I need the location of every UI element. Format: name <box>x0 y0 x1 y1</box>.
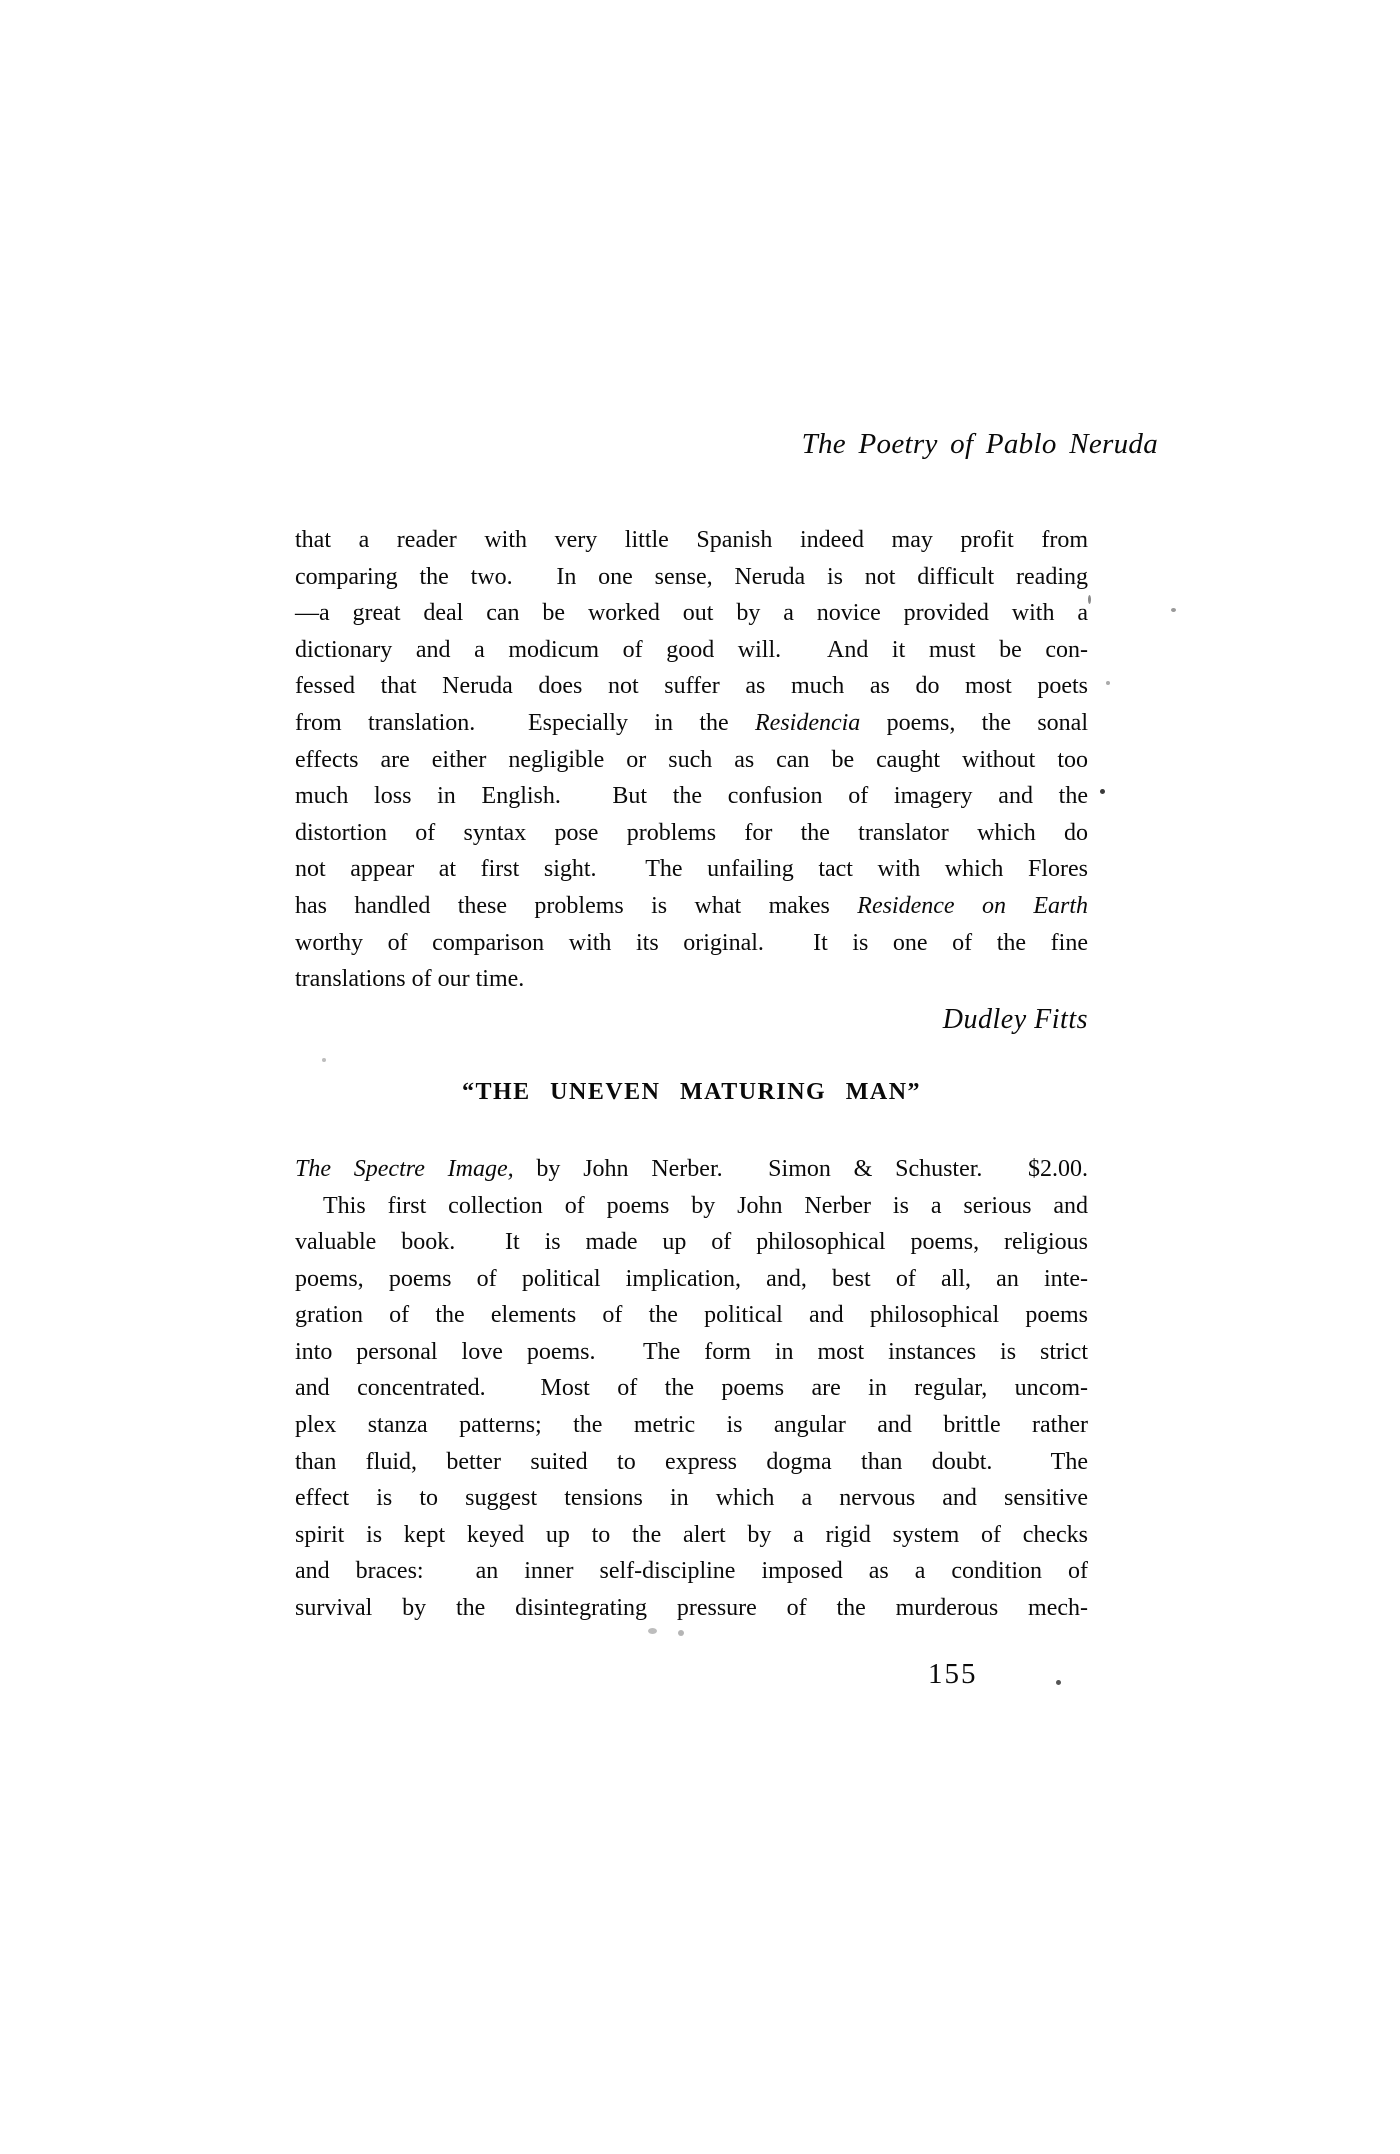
reviewer-byline: Dudley Fitts <box>295 1002 1088 1039</box>
text-line: comparing the two. In one sense, Neruda … <box>295 559 1088 596</box>
scan-speck <box>678 1630 684 1636</box>
scan-speck <box>1088 595 1091 604</box>
text-line: and braces: an inner self-discipline imp… <box>295 1553 1088 1590</box>
text-line: dictionary and a modicum of good will. A… <box>295 632 1088 669</box>
text-line: not appear at first sight. The unfailing… <box>295 851 1088 888</box>
text-line: valuable book. It is made up of philosop… <box>295 1224 1088 1261</box>
text-line: translations of our time. <box>295 961 1088 998</box>
scan-speck <box>322 1058 326 1062</box>
text-segment: distortion of syntax pose problems for t… <box>295 820 1088 846</box>
text-line: —a great deal can be worked out by a nov… <box>295 595 1088 632</box>
text-segment: dictionary and a modicum of good will. A… <box>295 637 1088 663</box>
text-segment: poems, the sonal <box>860 710 1088 736</box>
review-conclusion-paragraph: that a reader with very little Spanish i… <box>295 522 1088 998</box>
text-segment: than fluid, better suited to express dog… <box>295 1449 1088 1475</box>
text-line: This first collection of poems by John N… <box>295 1188 1088 1225</box>
text-segment: worthy of comparison with its original. … <box>295 930 1088 956</box>
text-line: poems, poems of political implication, a… <box>295 1261 1088 1298</box>
text-segment: translations of our time. <box>295 966 524 992</box>
italic-text-segment: The Spectre Image, <box>295 1156 514 1182</box>
text-segment: effect is to suggest tensions in which a… <box>295 1485 1088 1511</box>
text-segment: effects are either negligible or such as… <box>295 747 1088 773</box>
text-segment: has handled these problems is what makes <box>295 893 857 919</box>
text-line: much loss in English. But the confusion … <box>295 778 1088 815</box>
text-line: plex stanza patterns; the metric is angu… <box>295 1407 1088 1444</box>
italic-text-segment: Residencia <box>755 710 860 736</box>
text-line: from translation. Especially in the Resi… <box>295 705 1088 742</box>
text-line: and concentrated. Most of the poems are … <box>295 1370 1088 1407</box>
book-page: The Poetry of Pablo Neruda that a reader… <box>0 0 1400 2154</box>
text-line: effect is to suggest tensions in which a… <box>295 1480 1088 1517</box>
section-heading: “THE UNEVEN MATURING MAN” <box>295 1074 1088 1111</box>
text-line: worthy of comparison with its original. … <box>295 925 1088 962</box>
text-line: fessed that Neruda does not suffer as mu… <box>295 668 1088 705</box>
text-segment: much loss in English. But the confusion … <box>295 783 1088 809</box>
text-segment: poems, poems of political implication, a… <box>295 1266 1088 1292</box>
scan-speck <box>648 1628 657 1634</box>
text-segment: comparing the two. In one sense, Neruda … <box>295 564 1088 590</box>
text-segment: and concentrated. Most of the poems are … <box>295 1375 1088 1401</box>
text-line: into personal love poems. The form in mo… <box>295 1334 1088 1371</box>
text-segment: valuable book. It is made up of philosop… <box>295 1229 1088 1255</box>
text-line: The Spectre Image, by John Nerber. Simon… <box>295 1151 1088 1188</box>
text-line: gration of the elements of the political… <box>295 1297 1088 1334</box>
text-line: has handled these problems is what makes… <box>295 888 1088 925</box>
text-line: spirit is kept keyed up to the alert by … <box>295 1517 1088 1554</box>
text-segment: by John Nerber. Simon & Schuster. $2.00. <box>514 1156 1088 1182</box>
text-segment: plex stanza patterns; the metric is angu… <box>295 1412 1088 1438</box>
text-line: effects are either negligible or such as… <box>295 742 1088 779</box>
scan-speck <box>1056 1680 1061 1685</box>
scan-speck <box>1171 608 1176 612</box>
page-content: that a reader with very little Spanish i… <box>295 522 1088 1627</box>
page-number: 155 <box>928 1658 978 1691</box>
text-segment: survival by the disintegrating pressure … <box>295 1595 1088 1621</box>
text-segment: —a great deal can be worked out by a nov… <box>295 600 1088 626</box>
review-body-paragraph: The Spectre Image, by John Nerber. Simon… <box>295 1151 1088 1627</box>
text-segment: not appear at first sight. The unfailing… <box>295 856 1088 882</box>
text-segment: gration of the elements of the political… <box>295 1302 1088 1328</box>
text-line: than fluid, better suited to express dog… <box>295 1444 1088 1481</box>
text-line: distortion of syntax pose problems for t… <box>295 815 1088 852</box>
text-line: that a reader with very little Spanish i… <box>295 522 1088 559</box>
text-segment: This first collection of poems by John N… <box>323 1193 1088 1219</box>
scan-speck <box>1106 681 1110 685</box>
text-segment: that a reader with very little Spanish i… <box>295 527 1088 553</box>
text-segment: and braces: an inner self-discipline imp… <box>295 1558 1088 1584</box>
text-line: survival by the disintegrating pressure … <box>295 1590 1088 1627</box>
text-segment: spirit is kept keyed up to the alert by … <box>295 1522 1088 1548</box>
text-segment: into personal love poems. The form in mo… <box>295 1339 1088 1365</box>
running-header: The Poetry of Pablo Neruda <box>802 428 1158 460</box>
text-segment: from translation. Especially in the <box>295 710 755 736</box>
scan-speck <box>1100 789 1105 794</box>
italic-text-segment: Residence on Earth <box>857 893 1088 919</box>
text-segment: fessed that Neruda does not suffer as mu… <box>295 673 1088 699</box>
